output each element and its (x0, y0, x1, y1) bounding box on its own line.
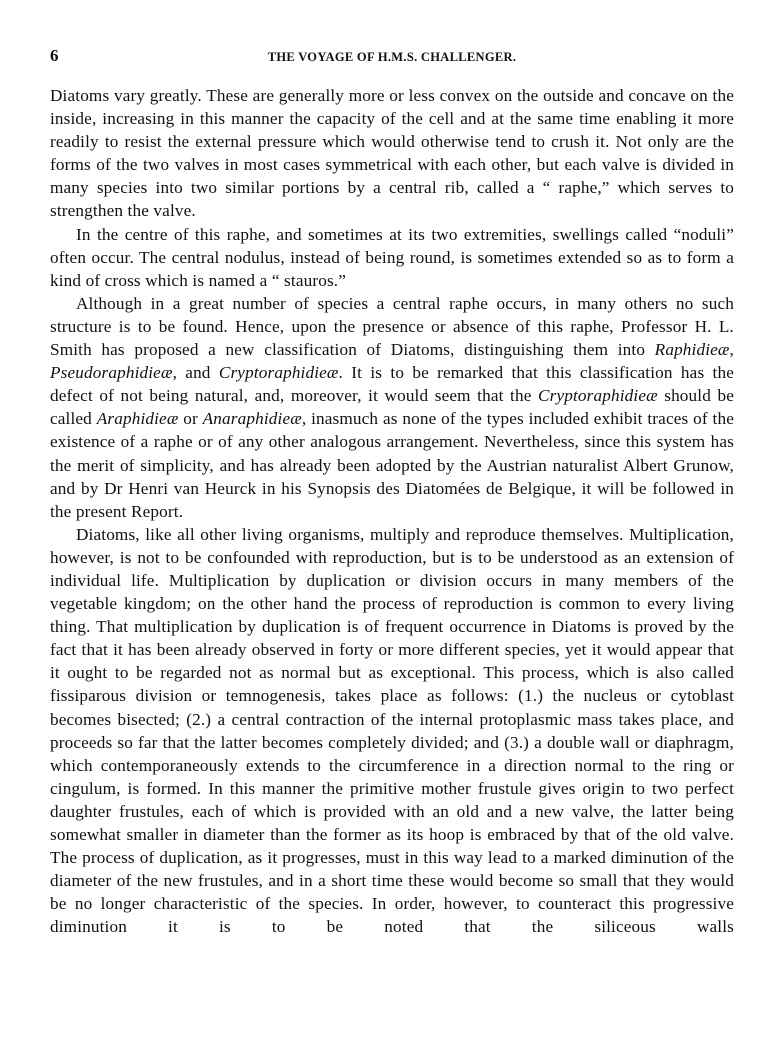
text-run: Although in a great number of species a … (50, 294, 734, 359)
running-title: THE VOYAGE OF H.M.S. CHALLENGER. (50, 50, 734, 65)
italic-term: Pseudoraphidieæ (50, 363, 173, 382)
text-run: Diatoms, like all other living organisms… (50, 525, 734, 937)
paragraph: Diatoms vary greatly. These are generall… (50, 84, 734, 223)
body-text: Diatoms vary greatly. These are generall… (50, 84, 734, 938)
paragraph: Diatoms, like all other living organisms… (50, 523, 734, 939)
italic-term: Cryptoraphidieæ (538, 386, 658, 405)
italic-term: Cryptoraphidieæ (219, 363, 339, 382)
text-run: Diatoms vary greatly. These are generall… (50, 86, 734, 220)
paragraph: In the centre of this raphe, and sometim… (50, 223, 734, 292)
text-run: In the centre of this raphe, and sometim… (50, 225, 734, 290)
italic-term: Araphidieæ (97, 409, 179, 428)
paragraph: Although in a great number of species a … (50, 292, 734, 523)
italic-term: Anaraphidieæ (203, 409, 302, 428)
text-run: or (178, 409, 202, 428)
running-header: 6 THE VOYAGE OF H.M.S. CHALLENGER. (50, 46, 734, 66)
text-run: , (730, 340, 734, 359)
text-run: , and (173, 363, 219, 382)
italic-term: Raphidieæ (655, 340, 730, 359)
